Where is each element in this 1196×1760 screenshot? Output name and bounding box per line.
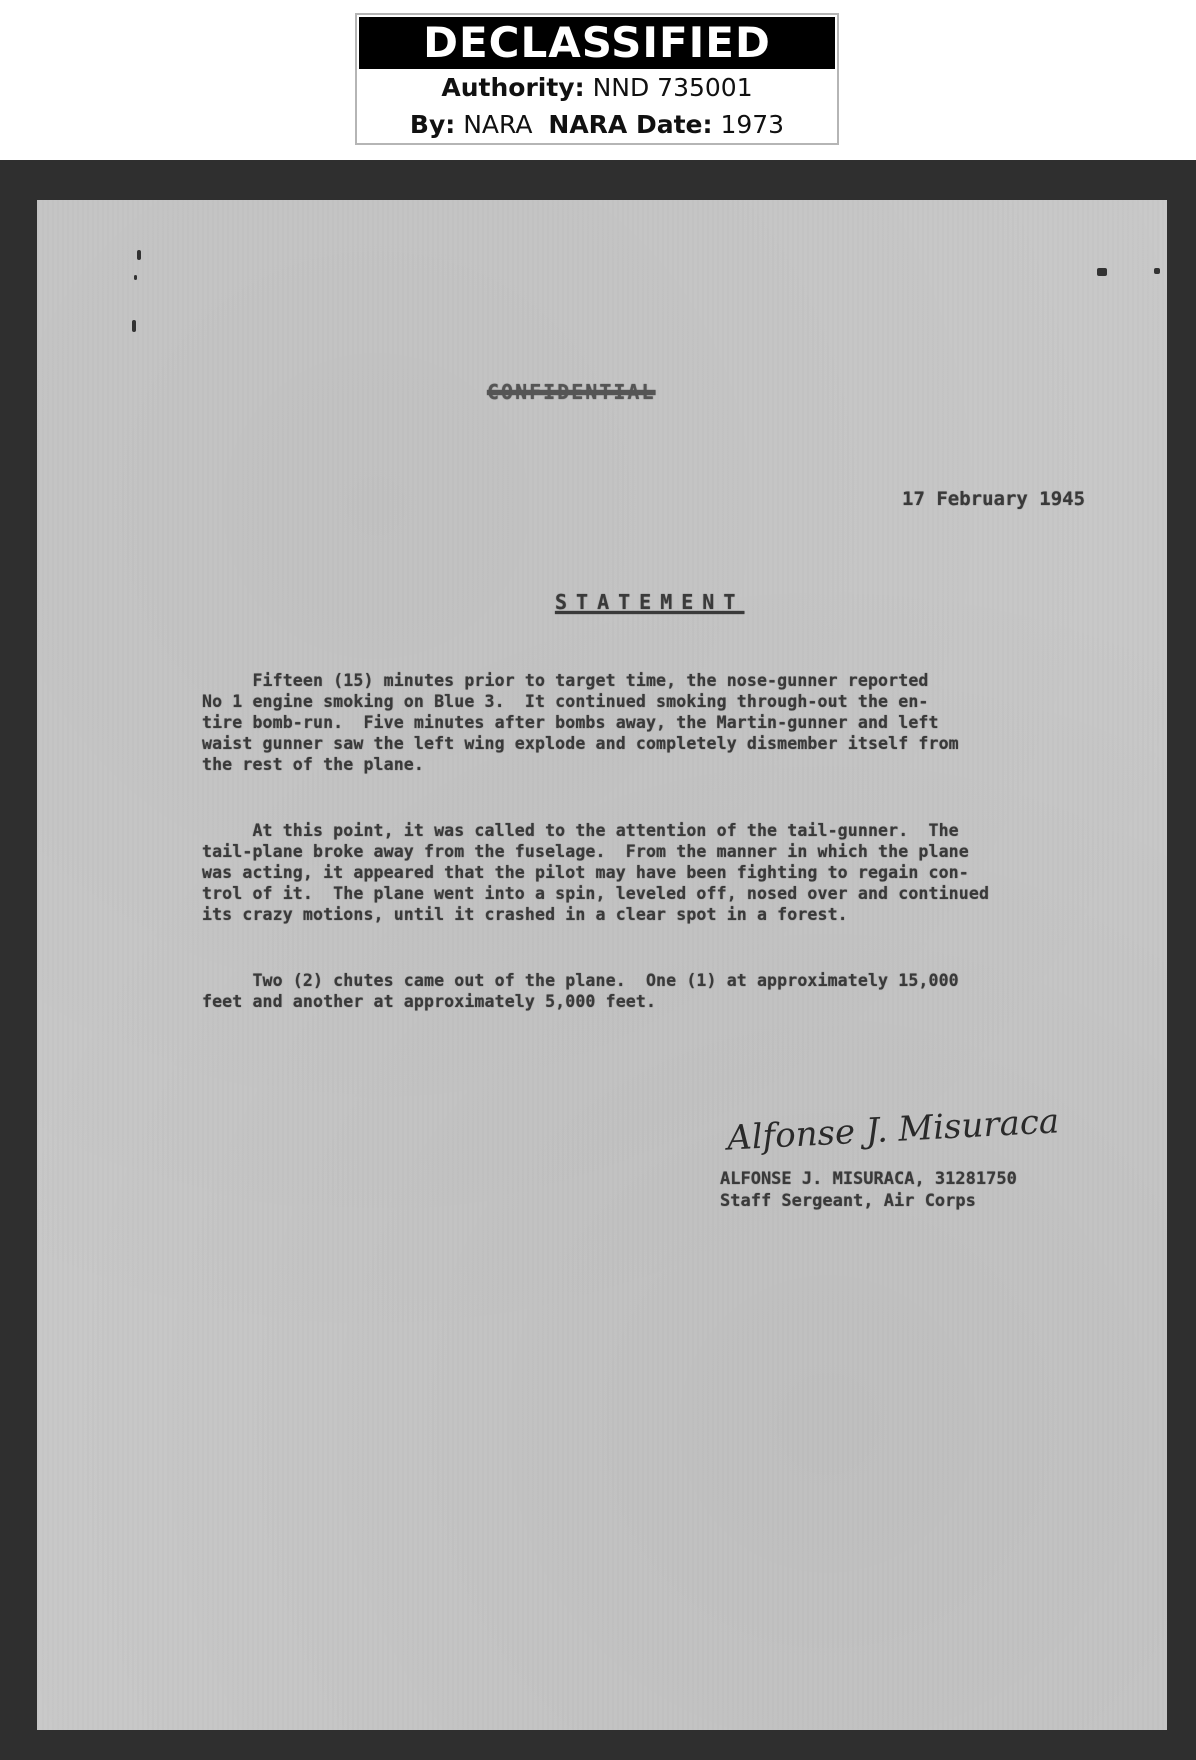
document-title: STATEMENT xyxy=(555,590,744,614)
scanned-page-frame: CONFIDENTIAL 17 February 1945 STATEMENT … xyxy=(0,160,1196,1760)
stamp-by-line: By: NARA NARA Date: 1973 xyxy=(357,106,837,143)
nara-date-value: 1973 xyxy=(720,110,784,139)
stamp-heading: DECLASSIFIED xyxy=(359,17,835,69)
nara-date-label: NARA Date: xyxy=(548,110,712,139)
declassified-stamp: DECLASSIFIED Authority: NND 735001 By: N… xyxy=(355,13,839,145)
stamp-authority-line: Authority: NND 735001 xyxy=(357,69,837,106)
struck-classification: CONFIDENTIAL xyxy=(487,380,656,404)
paragraph-2: At this point, it was called to the atte… xyxy=(202,820,1162,925)
signature-block: ALFONSE J. MISURACA, 31281750 Staff Serg… xyxy=(720,1168,1017,1212)
paragraph-1: Fifteen (15) minutes prior to target tim… xyxy=(202,670,1162,775)
signer-title: Staff Sergeant, Air Corps xyxy=(720,1191,976,1211)
signer-name: ALFONSE J. MISURACA, 31281750 xyxy=(720,1169,1017,1189)
by-value: NARA xyxy=(463,110,532,139)
authority-value: NND 735001 xyxy=(593,73,753,102)
authority-label: Authority: xyxy=(441,73,584,102)
by-label: By: xyxy=(410,110,455,139)
document-date: 17 February 1945 xyxy=(902,488,1085,510)
handwritten-signature: Alfonse J. Misuraca xyxy=(726,1101,1060,1158)
paragraph-3: Two (2) chutes came out of the plane. On… xyxy=(202,970,1162,1012)
document-paper: CONFIDENTIAL 17 February 1945 STATEMENT … xyxy=(37,200,1167,1730)
